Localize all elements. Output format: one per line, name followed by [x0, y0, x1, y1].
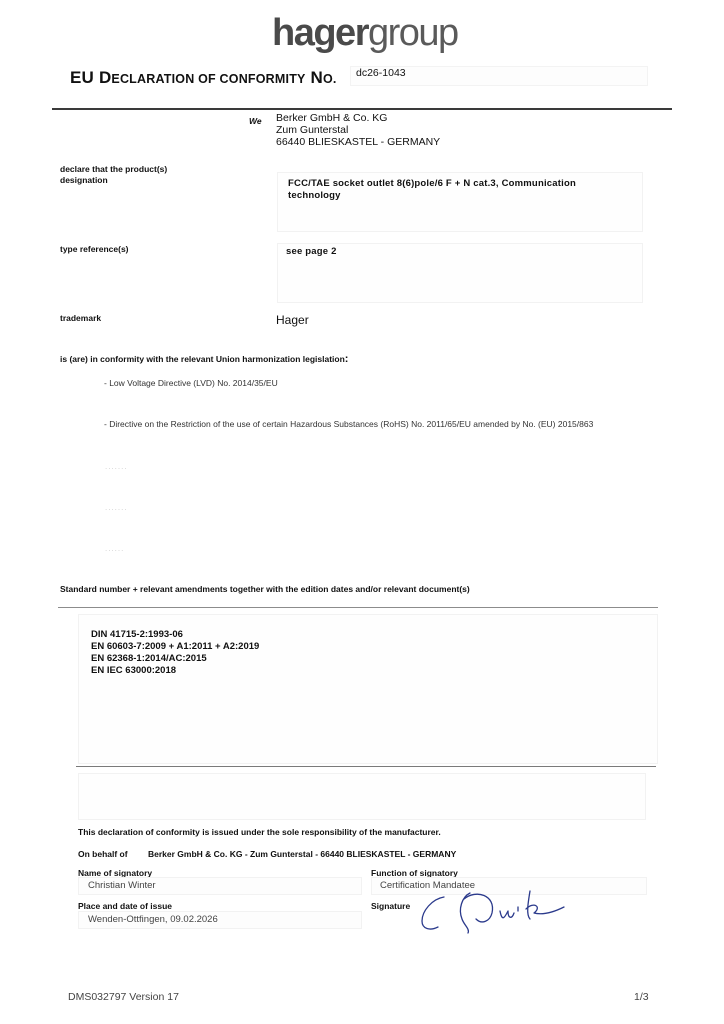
title-part: OF: [194, 72, 219, 86]
standards-heading: Standard number + relevant amendments to…: [60, 584, 470, 594]
designation-value: FCC/TAE socket outlet 8(6)pole/6 F + N c…: [288, 178, 628, 202]
directive-placeholder: .......: [105, 462, 128, 471]
title-part: ECLARATION: [111, 72, 194, 86]
directive-item: - Low Voltage Directive (LVD) No. 2014/3…: [104, 378, 278, 388]
on-behalf-value: Berker GmbH & Co. KG - Zum Gunterstal - …: [148, 849, 456, 859]
address-line: Zum Gunterstal: [276, 124, 440, 136]
handwritten-signature: [418, 885, 578, 935]
directive-placeholder: .......: [105, 503, 128, 512]
hagergroup-logo: hagergroup: [272, 14, 458, 52]
additional-info-field: [78, 773, 646, 820]
doc-number: dc26-1043: [356, 67, 406, 79]
conformity-colon: :: [345, 353, 349, 365]
directive-placeholder: ......: [105, 544, 124, 553]
conformity-heading-text: is (are) in conformity with the relevant…: [60, 354, 345, 364]
conformity-heading: is (are) in conformity with the relevant…: [60, 353, 348, 365]
footer-doc-id: DMS032797 Version 17: [68, 991, 179, 1003]
standard-item: EN 60603-7:2009 + A1:2011 + A2:2019: [91, 641, 259, 653]
standards-bottom-divider: [76, 766, 656, 767]
logo-bold-text: hager: [272, 12, 368, 54]
type-reference-label: type reference(s): [60, 244, 129, 255]
type-reference-value: see page 2: [286, 246, 337, 258]
address-line: Berker GmbH & Co. KG: [276, 112, 440, 124]
title-part: CONFORMITY: [220, 72, 306, 86]
standard-item: EN 62368-1:2014/AC:2015: [91, 653, 259, 665]
we-label: We: [249, 116, 262, 126]
directive-item: - Directive on the Restriction of the us…: [104, 419, 593, 429]
logo-light-text: group: [368, 12, 458, 54]
header-divider: [52, 108, 672, 110]
signature-label: Signature: [371, 901, 410, 911]
responsibility-statement: This declaration of conformity is issued…: [78, 827, 441, 837]
standards-list: DIN 41715-2:1993-06 EN 60603-7:2009 + A1…: [91, 629, 259, 677]
manufacturer-address: Berker GmbH & Co. KG Zum Gunterstal 6644…: [276, 112, 440, 148]
place-date-label: Place and date of issue: [78, 901, 172, 911]
on-behalf-label: On behalf of: [78, 849, 128, 859]
footer-page-number: 1/3: [634, 991, 649, 1003]
place-date-value: Wenden-Ottfingen, 09.02.2026: [88, 914, 218, 925]
title-part: N: [306, 68, 323, 87]
trademark-value: Hager: [276, 313, 309, 327]
standard-item: DIN 41715-2:1993-06: [91, 629, 259, 641]
product-label: declare that the product(s) designation: [60, 164, 167, 185]
product-label-line: designation: [60, 175, 167, 186]
title-part: O.: [323, 72, 337, 86]
standard-item: EN IEC 63000:2018: [91, 665, 259, 677]
page-title: EU DECLARATION OF CONFORMITY NO.: [70, 68, 337, 88]
trademark-label: trademark: [60, 313, 101, 324]
product-label-line: declare that the product(s): [60, 164, 167, 175]
signatory-name-value: Christian Winter: [88, 880, 156, 891]
address-line: 66440 BLIESKASTEL - GERMANY: [276, 136, 440, 148]
title-part: EU D: [70, 68, 111, 87]
standards-divider: [58, 607, 658, 608]
